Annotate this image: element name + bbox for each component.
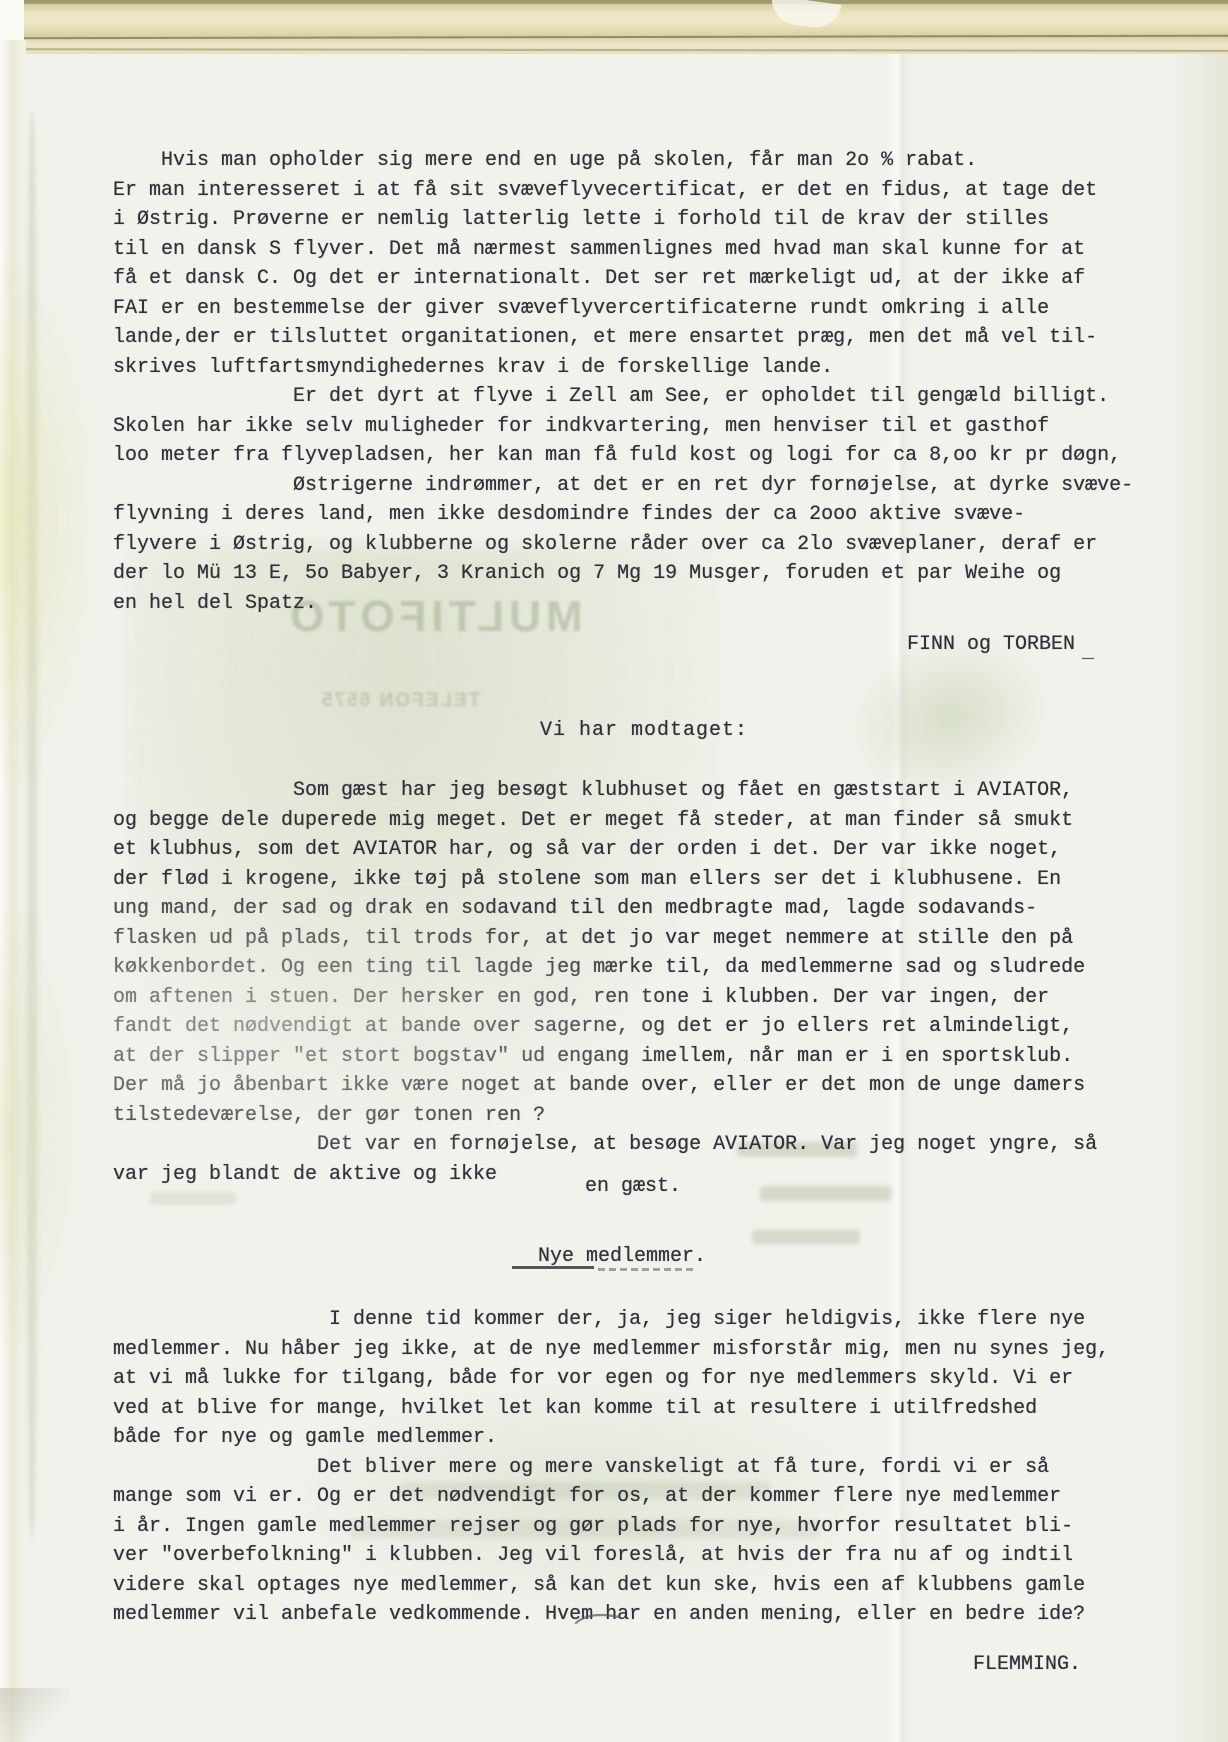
top-folded-paper-edge: [0, 0, 1228, 54]
paragraph-aviator-visit: Som gæst har jeg besøgt klubhuset og fåe…: [113, 776, 1097, 1189]
left-yellow-tint: [0, 250, 100, 790]
right-edge-vignette: [1168, 54, 1228, 1742]
bleed-smudge: [150, 1192, 236, 1205]
signature-trailing-mark: _: [1082, 638, 1094, 668]
line-en-gaest: en gæst.: [585, 1172, 681, 1202]
pen-curve-mark: [573, 1608, 625, 1630]
bleed-through-telefon-text: TELEFON 6575: [320, 690, 480, 712]
heading-underline-faint: [598, 1268, 694, 1271]
paragraph-austria-school: Hvis man opholder sig mere end en uge på…: [113, 146, 1133, 618]
bleed-smudge: [752, 1230, 860, 1244]
scanned-typewritten-page: MULTIFOTO TELEFON 6575 Hvis man opholder…: [0, 0, 1228, 1742]
heading-underline-solid: [512, 1266, 594, 1269]
left-yellow-tint-lower: [0, 900, 85, 1360]
section-heading-received: Vi har modtaget:: [540, 716, 748, 746]
paragraph-new-members: I denne tid kommer der, ja, jeg siger he…: [113, 1305, 1109, 1630]
bottom-left-corner-shadow: [0, 1688, 70, 1742]
signature-finn-torben: FINN og TORBEN: [907, 630, 1075, 660]
top-scan-edge: [0, 0, 1228, 4]
signature-flemming: FLEMMING.: [973, 1650, 1081, 1680]
